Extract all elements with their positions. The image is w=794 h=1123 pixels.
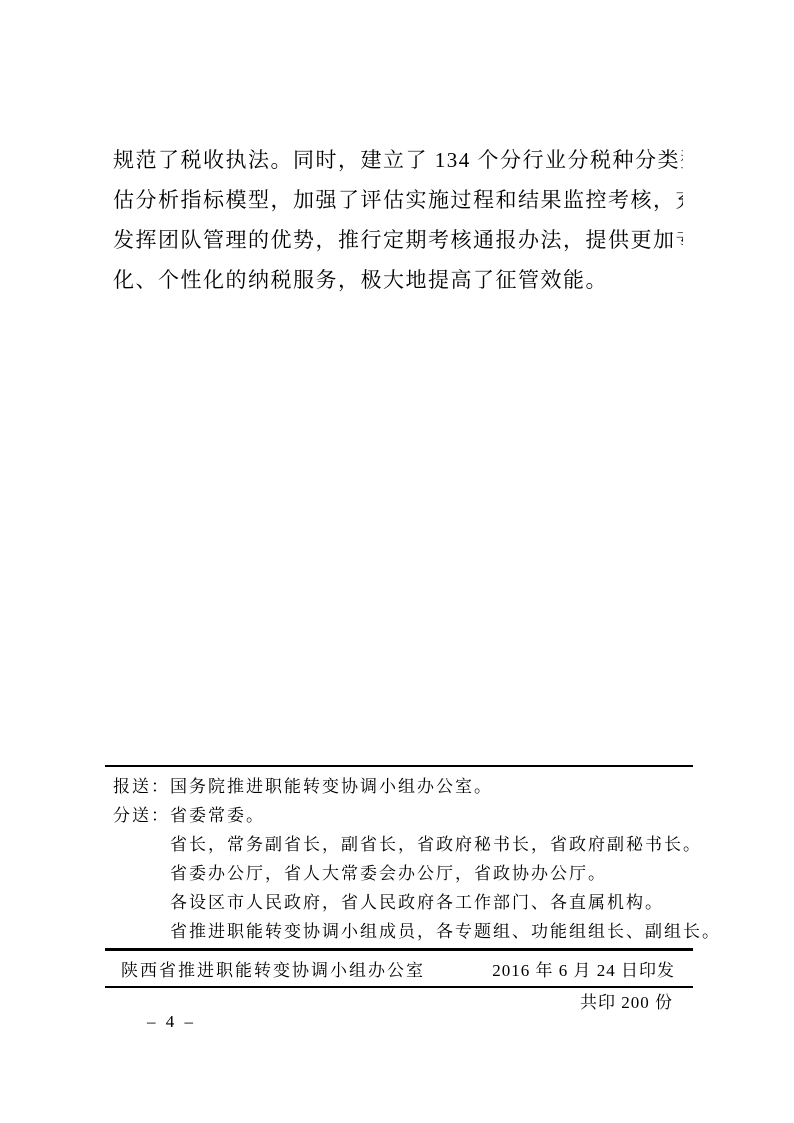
issuer-name: 陕西省推进职能转变协调小组办公室 [113,956,425,981]
distribution-text: 国务院推进职能转变协调小组办公室。 [170,772,695,801]
distribution-top-divider [105,765,693,767]
body-line: 估分析指标模型，加强了评估实施过程和结果监控考核，充分 [113,180,683,220]
colophon-row: 陕西省推进职能转变协调小组办公室 2016 年 6 月 24 日印发 [113,951,693,985]
distribution-label: 分送： [113,801,170,830]
distribution-row: 省推进职能转变协调小组成员，各专题组、功能组组长、副组长。 [113,917,695,946]
distribution-label: 报送： [113,772,170,801]
body-line: 化、个性化的纳税服务，极大地提高了征管效能。 [113,260,683,300]
distribution-row: 各设区市人民政府，省人民政府各工作部门、各直属机构。 [113,888,695,917]
distribution-row: 省委办公厅，省人大常委会办公厅，省政协办公厅。 [113,859,695,888]
distribution-text: 省推进职能转变协调小组成员，各专题组、功能组组长、副组长。 [170,917,721,946]
document-page: 规范了税收执法。同时，建立了 134 个分行业分税种分类型评 估分析指标模型，加… [0,0,794,1123]
distribution-label [113,888,170,917]
body-paragraph: 规范了税收执法。同时，建立了 134 个分行业分税种分类型评 估分析指标模型，加… [113,140,683,300]
distribution-row: 分送： 省委常委。 [113,801,695,830]
distribution-table: 报送： 国务院推进职能转变协调小组办公室。 分送： 省委常委。 省长，常务副省长… [113,772,695,946]
distribution-row: 报送： 国务院推进职能转变协调小组办公室。 [113,772,695,801]
print-date: 2016 年 6 月 24 日印发 [492,956,693,981]
body-line: 规范了税收执法。同时，建立了 134 个分行业分税种分类型评 [113,140,683,180]
distribution-text: 省委办公厅，省人大常委会办公厅，省政协办公厅。 [170,859,695,888]
colophon-bottom-divider [105,986,693,988]
distribution-text: 省长，常务副省长，副省长，省政府秘书长，省政府副秘书长。 [170,830,702,859]
distribution-row: 省长，常务副省长，副省长，省政府秘书长，省政府副秘书长。 [113,830,695,859]
distribution-label [113,917,170,946]
distribution-label [113,859,170,888]
print-count: 共印 200 份 [113,989,673,1017]
distribution-text: 各设区市人民政府，省人民政府各工作部门、各直属机构。 [170,888,695,917]
distribution-text: 省委常委。 [170,801,695,830]
page-number: – 4 – [147,1008,196,1036]
distribution-label [113,830,170,859]
body-line: 发挥团队管理的优势，推行定期考核通报办法，提供更加专业 [113,220,683,260]
